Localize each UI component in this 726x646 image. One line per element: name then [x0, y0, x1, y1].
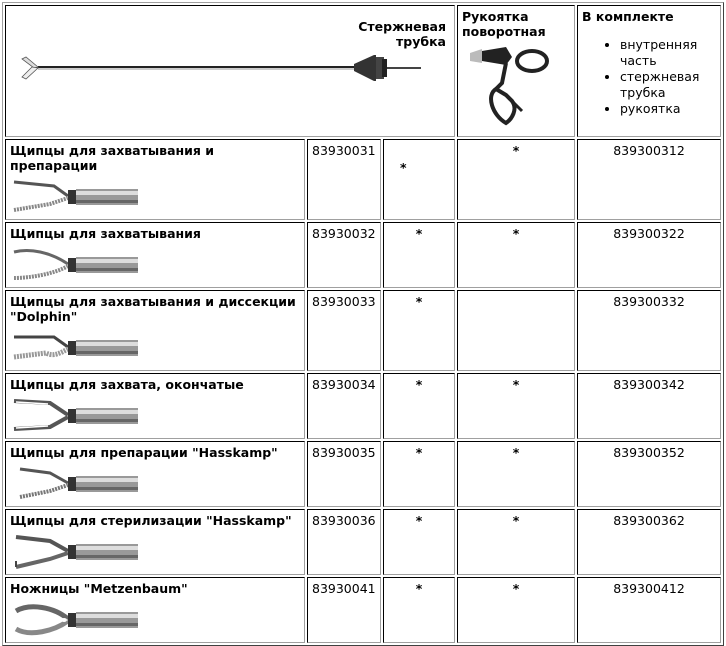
header-tube-cell: Стержневая трубка	[5, 5, 455, 137]
kit-number-cell: 839300322	[577, 222, 721, 288]
handle-included-cell: *	[457, 441, 575, 507]
header-handle-cell: Рукоятка поворотная	[457, 5, 575, 137]
kit-column-header: В комплекте	[582, 9, 716, 24]
table-row: Щипцы для препарации "Hasskamp" 83930035…	[5, 441, 721, 507]
kit-number-cell: 839300312	[577, 139, 721, 220]
instrument-tip-icon	[10, 395, 140, 435]
instrument-name: Щипцы для захватывания	[10, 226, 300, 241]
instrument-name-cell: Щипцы для препарации "Hasskamp"	[5, 441, 305, 507]
instrument-tip-icon	[10, 599, 140, 603]
article-number-cell: 83930035	[307, 441, 381, 507]
kit-item: рукоятка	[620, 101, 716, 117]
laparoscopic-instrument-icon	[16, 49, 426, 89]
instrument-name: Щипцы для стерилизации "Hasskamp"	[10, 513, 300, 528]
handle-included-cell: *	[457, 222, 575, 288]
kit-number-cell: 839300342	[577, 373, 721, 439]
handle-included-cell: *	[457, 509, 575, 575]
instrument-tip-icon	[10, 463, 140, 503]
tube-included-cell: *	[383, 290, 455, 371]
kit-contents-list: внутренняя часть стержневая трубка рукоя…	[582, 37, 716, 117]
kit-number-cell: 839300362	[577, 509, 721, 575]
instrument-name: Щипцы для захватывания и диссекции "Dolp…	[10, 294, 300, 324]
instrument-name-cell: Щипцы для захвата, окончатые	[5, 373, 305, 439]
tube-header-line1: Стержневая	[358, 19, 446, 34]
article-number-cell: 83930036	[307, 509, 381, 575]
kit-number-cell: 839300332	[577, 290, 721, 371]
instrument-catalog-table: Стержневая трубка Рукоятка поворотн	[2, 2, 724, 603]
instrument-name: Щипцы для захватывания и препарации	[10, 143, 300, 173]
rotating-handle-icon	[462, 39, 562, 129]
handle-column-header: Рукоятка поворотная	[462, 9, 570, 39]
table-row: Щипцы для стерилизации "Hasskamp" 839300…	[5, 509, 721, 575]
tube-included-cell: *	[383, 577, 455, 603]
kit-number-cell: 839300412	[577, 577, 721, 603]
tube-included-cell: *	[383, 441, 455, 507]
instrument-tip-icon	[10, 176, 140, 216]
tube-header-line2: трубка	[358, 34, 446, 49]
table-row: Щипцы для захвата, окончатые 83930034 * …	[5, 373, 721, 439]
article-number-cell: 83930033	[307, 290, 381, 371]
handle-included-cell: *	[457, 577, 575, 603]
article-number-cell: 83930034	[307, 373, 381, 439]
instrument-tip-icon	[10, 327, 140, 367]
instrument-tip-icon	[10, 244, 140, 284]
header-row: Стержневая трубка Рукоятка поворотн	[5, 5, 721, 137]
handle-header-line2: поворотная	[462, 24, 570, 39]
instrument-tip-icon	[10, 531, 140, 571]
handle-included-cell: *	[457, 139, 575, 220]
tube-included-cell: *	[383, 139, 455, 220]
handle-included-cell	[457, 290, 575, 371]
table-row: Щипцы для захватывания и диссекции "Dolp…	[5, 290, 721, 371]
instrument-name-cell: Щипцы для захватывания	[5, 222, 305, 288]
kit-number-cell: 839300352	[577, 441, 721, 507]
handle-header-line1: Рукоятка	[462, 9, 570, 24]
instrument-name-cell: Щипцы для захватывания и диссекции "Dolp…	[5, 290, 305, 371]
article-number-cell: 83930032	[307, 222, 381, 288]
instrument-name: Ножницы "Metzenbaum"	[10, 581, 300, 596]
article-number-cell: 83930041	[307, 577, 381, 603]
handle-included-cell: *	[457, 373, 575, 439]
instrument-name-cell: Щипцы для захватывания и препарации	[5, 139, 305, 220]
tube-included-cell: *	[383, 373, 455, 439]
kit-item: внутренняя часть	[620, 37, 716, 69]
table-row: Щипцы для захватывания 83930032 * * 8393…	[5, 222, 721, 288]
tube-included-cell: *	[383, 509, 455, 575]
instrument-name: Щипцы для препарации "Hasskamp"	[10, 445, 300, 460]
tube-column-header: Стержневая трубка	[358, 19, 446, 49]
instrument-name-cell: Ножницы "Metzenbaum"	[5, 577, 305, 603]
tube-included-cell: *	[383, 222, 455, 288]
kit-item: стержневая трубка	[620, 69, 716, 101]
instrument-name: Щипцы для захвата, окончатые	[10, 377, 300, 392]
article-number-cell: 83930031	[307, 139, 381, 220]
header-kit-cell: В комплекте внутренняя часть стержневая …	[577, 5, 721, 137]
instrument-name-cell: Щипцы для стерилизации "Hasskamp"	[5, 509, 305, 575]
table-row: Щипцы для захватывания и препарации 8393…	[5, 139, 721, 220]
table-row: Ножницы "Metzenbaum" 83930041 * * 839300…	[5, 577, 721, 603]
